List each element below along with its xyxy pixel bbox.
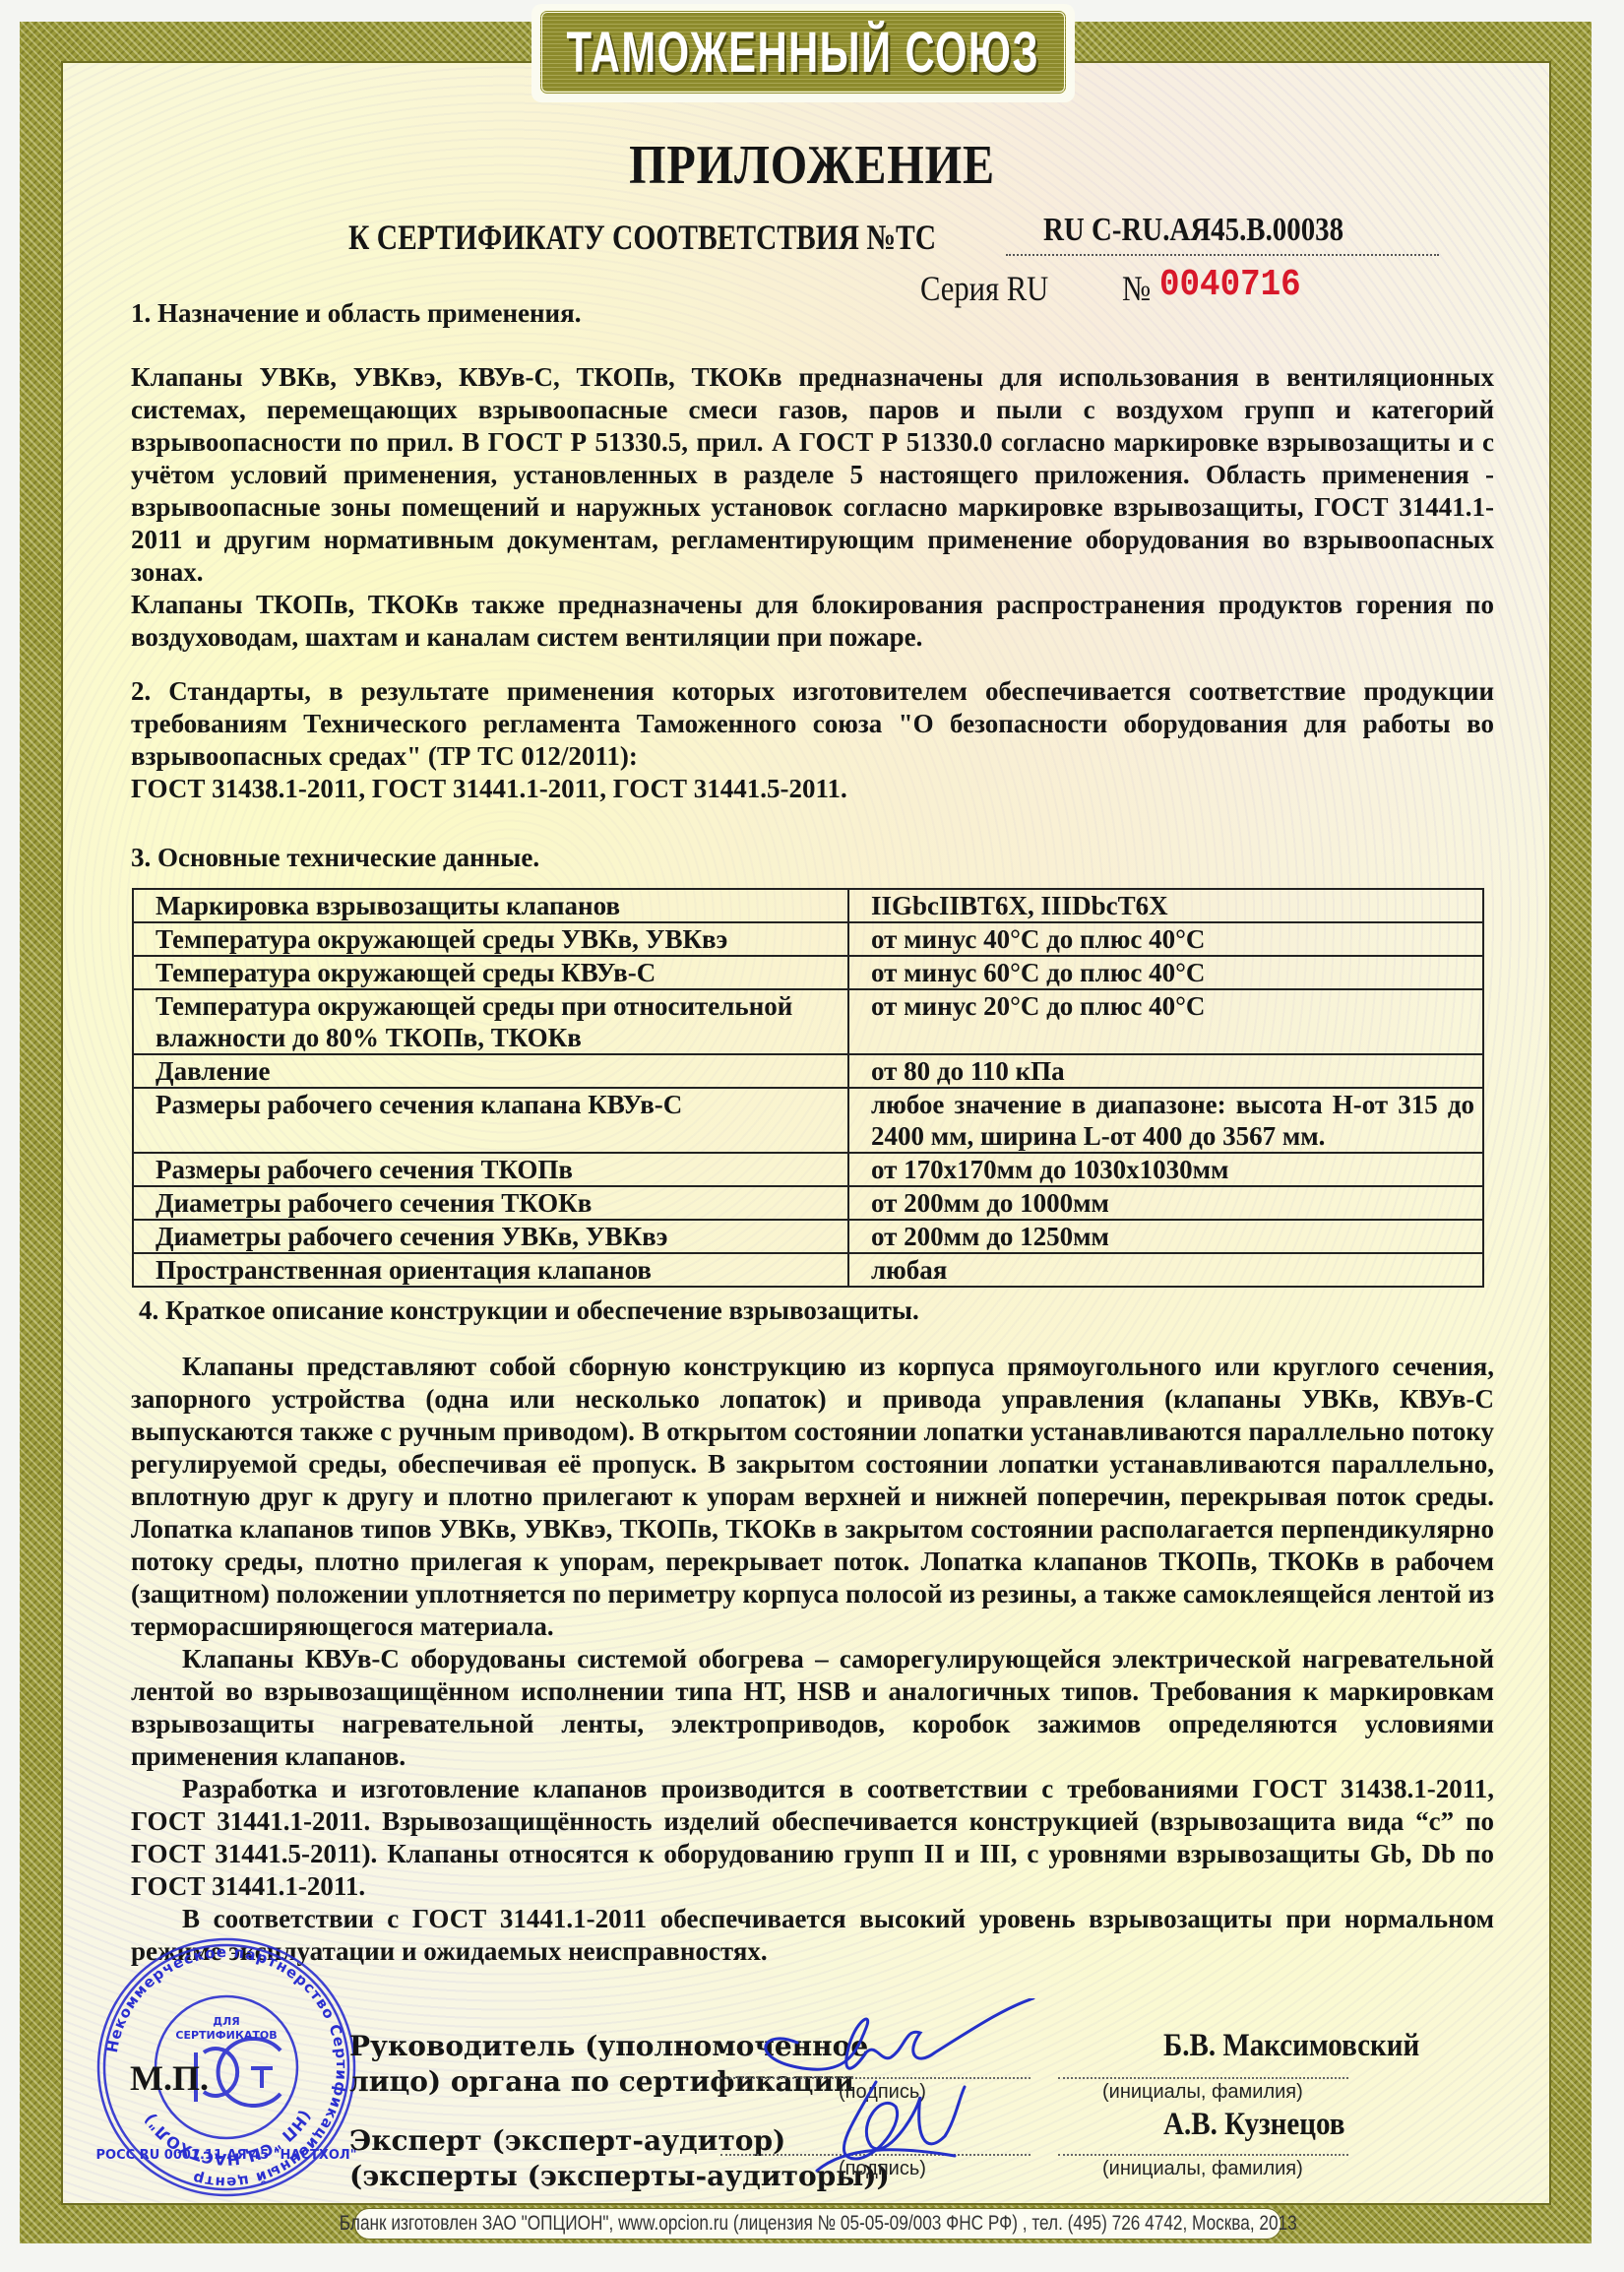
head-name-caption: (инициалы, фамилия): [1102, 2081, 1303, 2104]
table-row: Диаметры рабочего сечения ТКОКвот 200мм …: [133, 1186, 1483, 1220]
section-2: 2. Стандарты, в результате применения ко…: [131, 675, 1494, 805]
parameter-name: Размеры рабочего сечения клапана КВУв-С: [133, 1088, 848, 1153]
footer-text: Бланк изготовлен ЗАО "ОПЦИОН", www.opcio…: [340, 2212, 1297, 2236]
section-4-heading: 4. Краткое описание конструкции и обеспе…: [131, 1294, 1494, 1327]
parameter-name: Диаметры рабочего сечения УВКв, УВКвэ: [133, 1220, 848, 1253]
stamp-center-bottom: СЕРТИФИКАТОВ: [175, 2029, 277, 2042]
parameter-name: Температура окружающей среды при относит…: [133, 989, 848, 1054]
certificate-number: RU C-RU.АЯ45.В.00038: [1043, 212, 1343, 249]
table-row: Размеры рабочего сечения клапана КВУв-Сл…: [133, 1088, 1483, 1153]
table-row: Размеры рабочего сечения ТКОПвот 170х170…: [133, 1153, 1483, 1186]
stamp-bottom-text: РОСС RU 0001.11 АЯ 45 "НАСТХОЛ": [96, 2148, 357, 2163]
section-4-paragraph-2: Клапаны КВУв-С оборудованы системой обог…: [131, 1643, 1494, 1773]
parameter-value: от минус 20°С до плюс 40°С: [848, 989, 1483, 1054]
section-1-paragraph-2: Клапаны ТКОПв, ТКОКв также предназначены…: [131, 589, 1494, 654]
parameter-name: Пространственная ориентация клапанов: [133, 1253, 848, 1287]
expert-name-caption: (инициалы, фамилия): [1102, 2158, 1303, 2180]
blank-manufacturer-footer: Бланк изготовлен ЗАО "ОПЦИОН", www.opcio…: [354, 2208, 1281, 2240]
handwritten-signatures: [758, 1998, 1083, 2195]
table-row: Пространственная ориентация клапановлюба…: [133, 1253, 1483, 1287]
table-row: Температура окружающей среды УВКв, УВКвэ…: [133, 922, 1483, 956]
section-4-paragraph-1: Клапаны представляют собой сборную конст…: [131, 1351, 1494, 1643]
parameter-name: Давление: [133, 1054, 848, 1088]
technical-data-table: Маркировка взрывозащиты клапановIIGbcIIB…: [132, 888, 1484, 1288]
expert-label-line1: Эксперт (эксперт-аудитор): [349, 2124, 785, 2157]
parameter-value: от минус 60°С до плюс 40°С: [848, 956, 1483, 989]
parameter-name: Маркировка взрывозащиты клапанов: [133, 889, 848, 922]
table-row: Температура окружающей среды КВУв-Сот ми…: [133, 956, 1483, 989]
parameter-value: от 200мм до 1250мм: [848, 1220, 1483, 1253]
parameter-value: IIGbcIIBT6X, IIIDbcT6X: [848, 889, 1483, 922]
table-row: Давлениеот 80 до 110 кПа: [133, 1054, 1483, 1088]
table-row: Температура окружающей среды при относит…: [133, 989, 1483, 1054]
section-2-paragraph: 2. Стандарты, в результате применения ко…: [131, 675, 1494, 773]
expert-name-line: [1058, 2154, 1348, 2156]
section-1-heading: 1. Назначение и область применения.: [131, 297, 1494, 330]
banner-title: ТАМОЖЕННЫЙ СОЮЗ: [567, 20, 1040, 86]
head-name: Б.В. Максимовский: [1163, 2028, 1419, 2064]
section-1-paragraph-1: Клапаны УВКв, УВКвэ, КВУв-С, ТКОПв, ТКОК…: [131, 361, 1494, 589]
parameter-name: Температура окружающей среды КВУв-С: [133, 956, 848, 989]
expert-name: А.В. Кузнецов: [1163, 2107, 1344, 2143]
section-1: 1. Назначение и область применения. Клап…: [131, 297, 1494, 654]
parameter-value: от 170х170мм до 1030х1030мм: [848, 1153, 1483, 1186]
certificate-label: К СЕРТИФИКАТУ СООТВЕТСТВИЯ №ТС: [348, 217, 936, 258]
page-title: ПРИЛОЖЕНИЕ: [114, 134, 1511, 197]
certificate-number-underline: [1006, 254, 1439, 256]
section-2-standards: ГОСТ 31438.1-2011, ГОСТ 31441.1-2011, ГО…: [131, 773, 1494, 805]
section-4-paragraph-3: Разработка и изготовление клапанов произ…: [131, 1773, 1494, 1903]
head-name-line: [1058, 2077, 1348, 2079]
stamp-center-top: ДЛЯ: [213, 2015, 239, 2028]
parameter-name: Диаметры рабочего сечения ТКОКв: [133, 1186, 848, 1220]
parameter-name: Размеры рабочего сечения ТКОПв: [133, 1153, 848, 1186]
parameter-value: от 80 до 110 кПа: [848, 1054, 1483, 1088]
table-row: Диаметры рабочего сечения УВКв, УВКвэот …: [133, 1220, 1483, 1253]
parameter-value: от минус 40°С до плюс 40°С: [848, 922, 1483, 956]
parameter-value: любая: [848, 1253, 1483, 1287]
customs-union-banner: ТАМОЖЕННЫЙ СОЮЗ: [531, 4, 1075, 102]
parameter-value: от 200мм до 1000мм: [848, 1186, 1483, 1220]
section-4: 4. Краткое описание конструкции и обеспе…: [131, 1294, 1494, 1968]
table-row: Маркировка взрывозащиты клапановIIGbcIIB…: [133, 889, 1483, 922]
section-3-heading: 3. Основные технические данные.: [131, 842, 1494, 874]
parameter-value: любое значение в диапазоне: высота Н-от …: [848, 1088, 1483, 1153]
seal-place-label: М.П.: [130, 2057, 209, 2099]
parameter-name: Температура окружающей среды УВКв, УВКвэ: [133, 922, 848, 956]
